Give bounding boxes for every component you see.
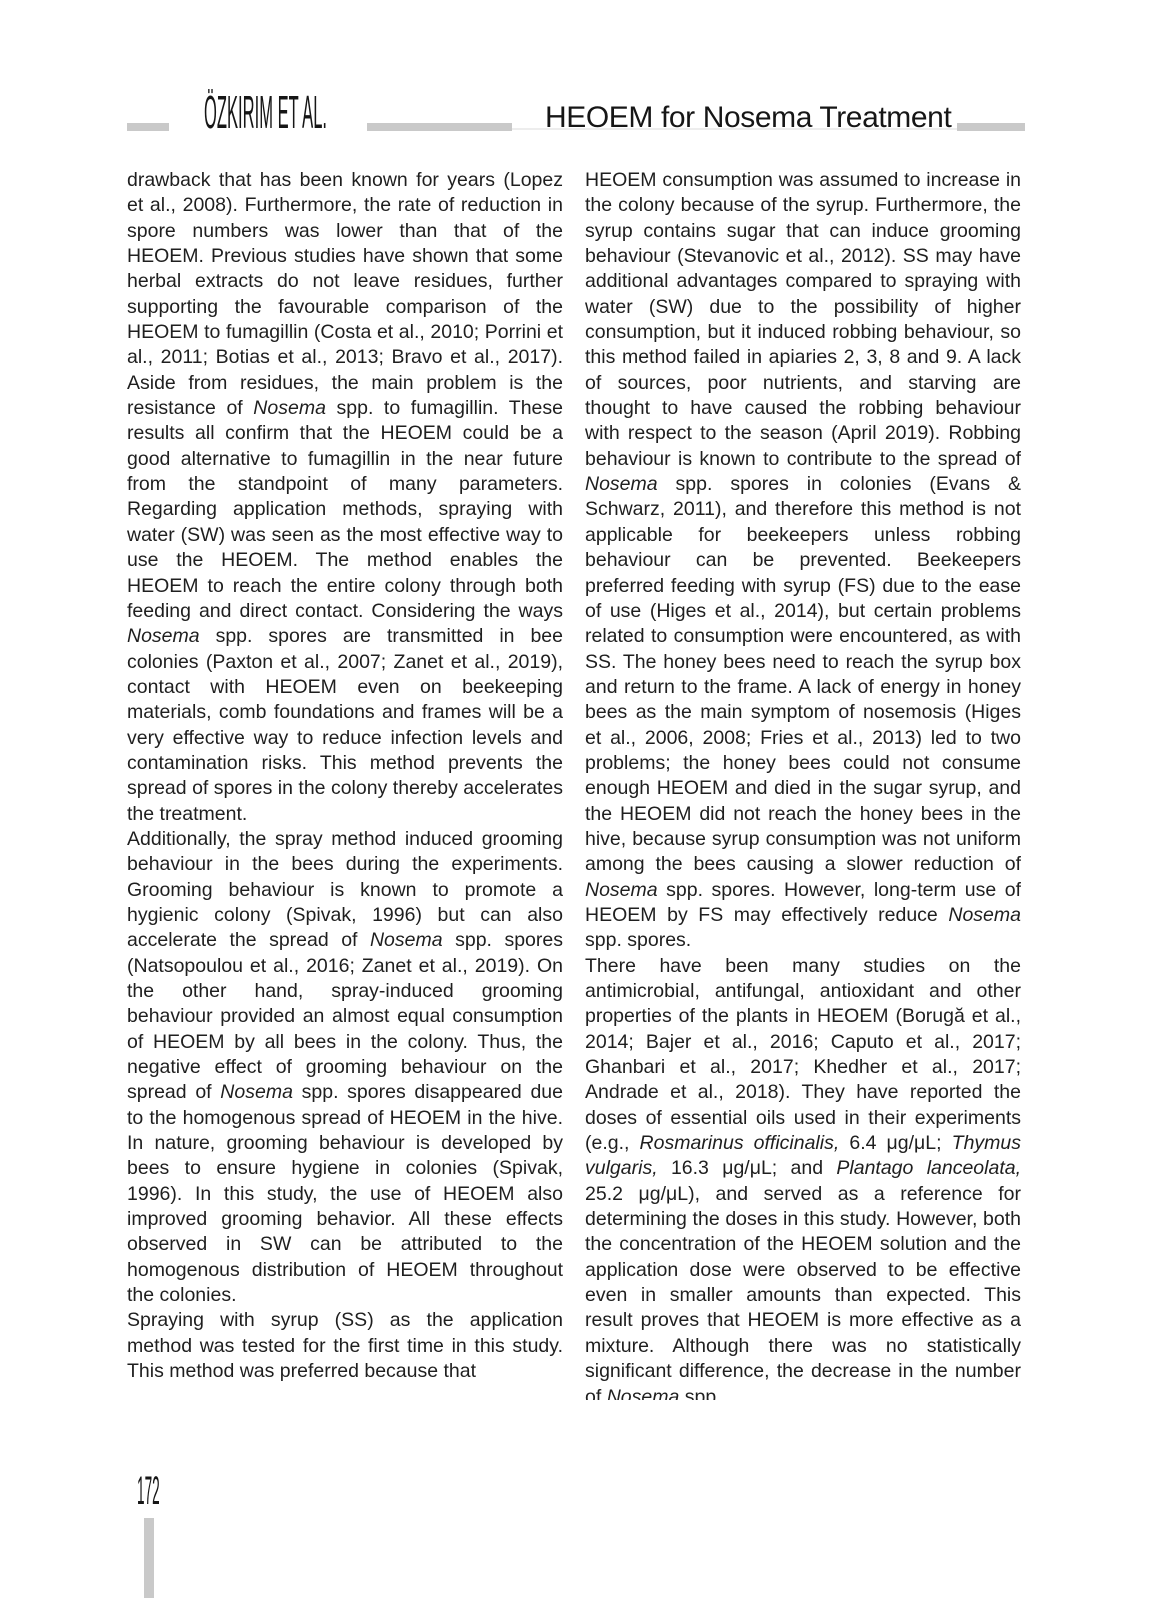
text-segment: HEOEM consumption was assumed to increas… xyxy=(585,169,1021,470)
footer-rule xyxy=(144,1518,154,1598)
paragraph: Spraying with syrup (SS) as the applicat… xyxy=(127,1308,563,1384)
running-head-author: ÖZKIRIM ET AL. xyxy=(204,94,327,130)
paragraph: Additionally, the spray method induced g… xyxy=(127,827,563,1309)
italic-text-segment: Nosema xyxy=(585,473,658,495)
text-segment: There have been many studies on the anti… xyxy=(585,955,1021,1154)
italic-text-segment: Nosema xyxy=(370,929,443,951)
italic-text-segment: Nosema xyxy=(948,904,1021,926)
paragraph: There have been many studies on the anti… xyxy=(585,954,1021,1400)
italic-text-segment: Plantago lanceolata, xyxy=(836,1157,1021,1179)
text-segment: 16.3 μg/μL; and xyxy=(658,1157,837,1179)
page-number: 172 xyxy=(137,1475,160,1507)
text-segment: spp. spores. xyxy=(585,929,691,951)
italic-text-segment: Nosema xyxy=(253,397,326,419)
text-segment: spp. spores (Natsopoulou et al., 2016; Z… xyxy=(127,929,563,1103)
right-column: HEOEM consumption was assumed to increas… xyxy=(585,168,1021,1400)
paragraph: drawback that has been known for years (… xyxy=(127,168,563,827)
journal-page: ÖZKIRIM ET AL. HEOEM for Nosema Treatmen… xyxy=(0,0,1170,1600)
left-column: drawback that has been known for years (… xyxy=(127,168,563,1400)
text-segment: spp. spores are transmitted in bee colon… xyxy=(127,625,563,824)
header-rule-left xyxy=(127,123,169,131)
text-segment: spp. to fumagillin. These results all co… xyxy=(127,397,563,622)
text-segment: spp. spores disappeared due to the homog… xyxy=(127,1081,563,1306)
text-segment: drawback that has been known for years (… xyxy=(127,169,563,419)
text-segment: Spraying with syrup (SS) as the applicat… xyxy=(127,1309,563,1382)
italic-text-segment: Nosema xyxy=(220,1081,293,1103)
italic-text-segment: Nosema xyxy=(127,625,200,647)
header-rule-mid xyxy=(367,123,512,131)
running-head-title: HEOEM for Nosema Treatment xyxy=(545,101,951,135)
header-rule-right xyxy=(957,123,1025,131)
italic-text-segment: Nosema xyxy=(585,879,658,901)
text-segment: 6.4 μg/μL; xyxy=(839,1132,951,1154)
text-segment: spp. xyxy=(679,1386,721,1401)
italic-text-segment: Nosema xyxy=(607,1386,680,1401)
text-segment: 25.2 μg/μL), and served as a reference f… xyxy=(585,1183,1021,1400)
paragraph: HEOEM consumption was assumed to increas… xyxy=(585,168,1021,954)
text-segment: spp. spores in colonies (Evans & Schwarz… xyxy=(585,473,1021,875)
italic-text-segment: Rosmarinus officinalis, xyxy=(640,1132,840,1154)
